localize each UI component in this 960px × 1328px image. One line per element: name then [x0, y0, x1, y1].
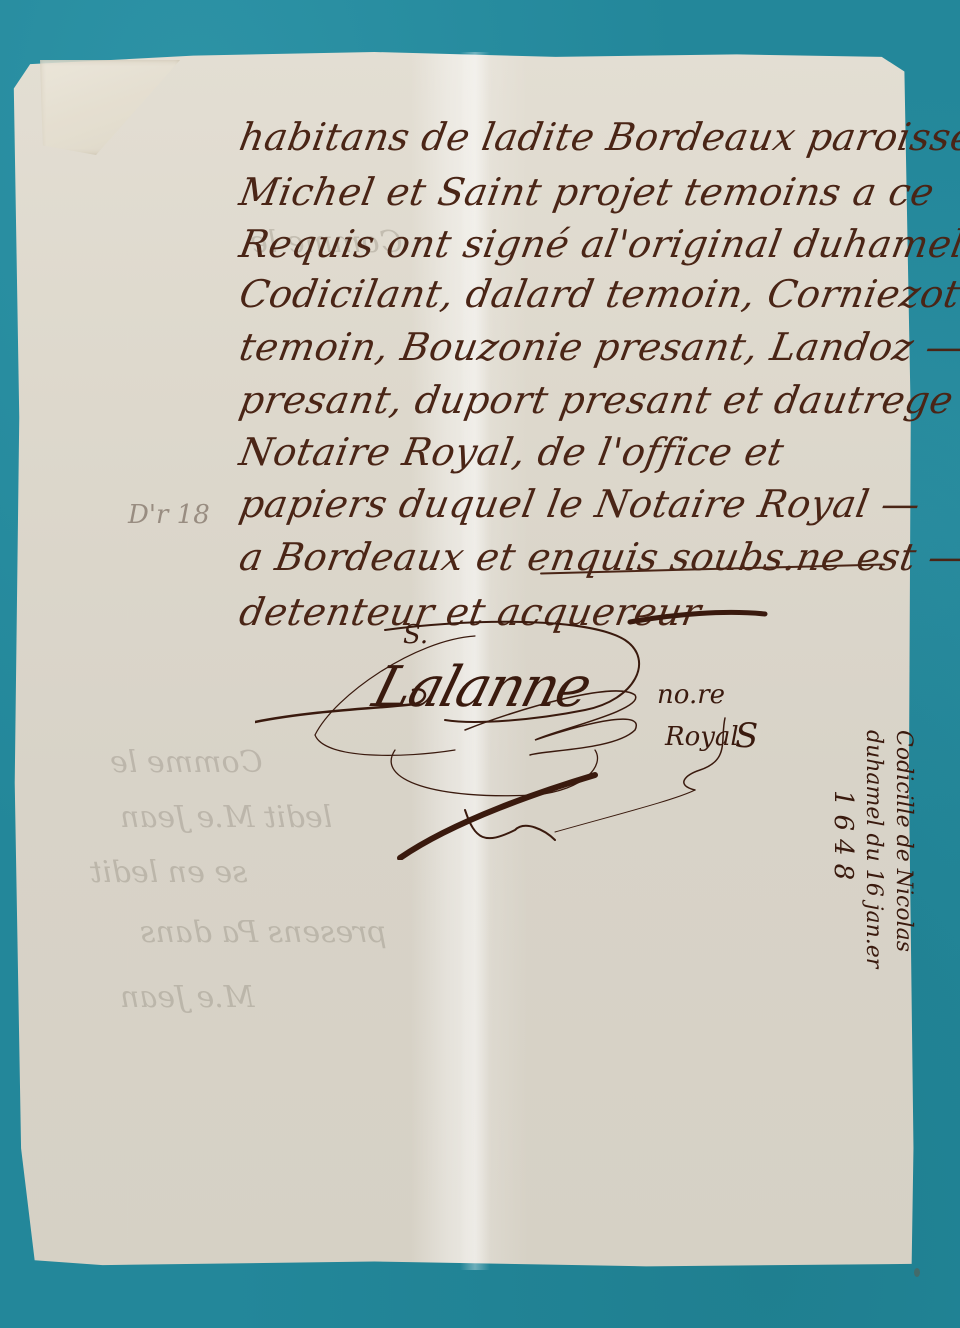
text-line-6: presant, duport presant et dautrege — — [236, 378, 960, 422]
signature-title-line-1: no.re — [657, 680, 725, 710]
margin-annotation: Codicille de Nicolas duhamel du 16 jan.e… — [828, 730, 918, 1060]
text-line-7: Notaire Royal, de l'office et — [236, 430, 787, 474]
show-through-text: presens Pa dans — [140, 915, 387, 950]
margin-note-line-1: Codicille de Nicolas — [888, 730, 918, 1060]
text-line-4: Codicilant, dalard temoin, Corniezot — [236, 272, 960, 316]
text-line-1: habitans de ladite Bordeaux paroisse S.t — [236, 115, 960, 159]
text-line-8: papiers duquel le Notaire Royal — — [236, 482, 924, 526]
show-through-text: Comme le — [110, 745, 263, 780]
margin-note-line-2: duhamel du 16 jan.er — [858, 730, 888, 1060]
signature-flourish-icon — [255, 600, 895, 860]
left-margin-mark: D'r 18 — [128, 500, 210, 530]
signature-name: Lalanne — [366, 655, 597, 720]
show-through-text: se en ledit — [90, 855, 248, 890]
text-line-2: Michel et Saint projet temoins a ce — [236, 170, 938, 214]
text-line-3: Requis ont signé al'original duhamel — [236, 222, 960, 266]
show-through-text: M.e Jean — [120, 980, 255, 1015]
signature-prefix: S. — [403, 620, 428, 650]
signature-block: S. Lalanne no.re Royal S — [255, 600, 895, 860]
text-line-5: temoin, Bouzonie presant, Landoz — — [236, 325, 960, 369]
signature-title-line-2: Royal — [665, 722, 739, 752]
signature-title-suffix: S — [735, 716, 758, 756]
paper-stain — [914, 1268, 920, 1277]
margin-note-year: 1648 — [828, 730, 858, 1060]
